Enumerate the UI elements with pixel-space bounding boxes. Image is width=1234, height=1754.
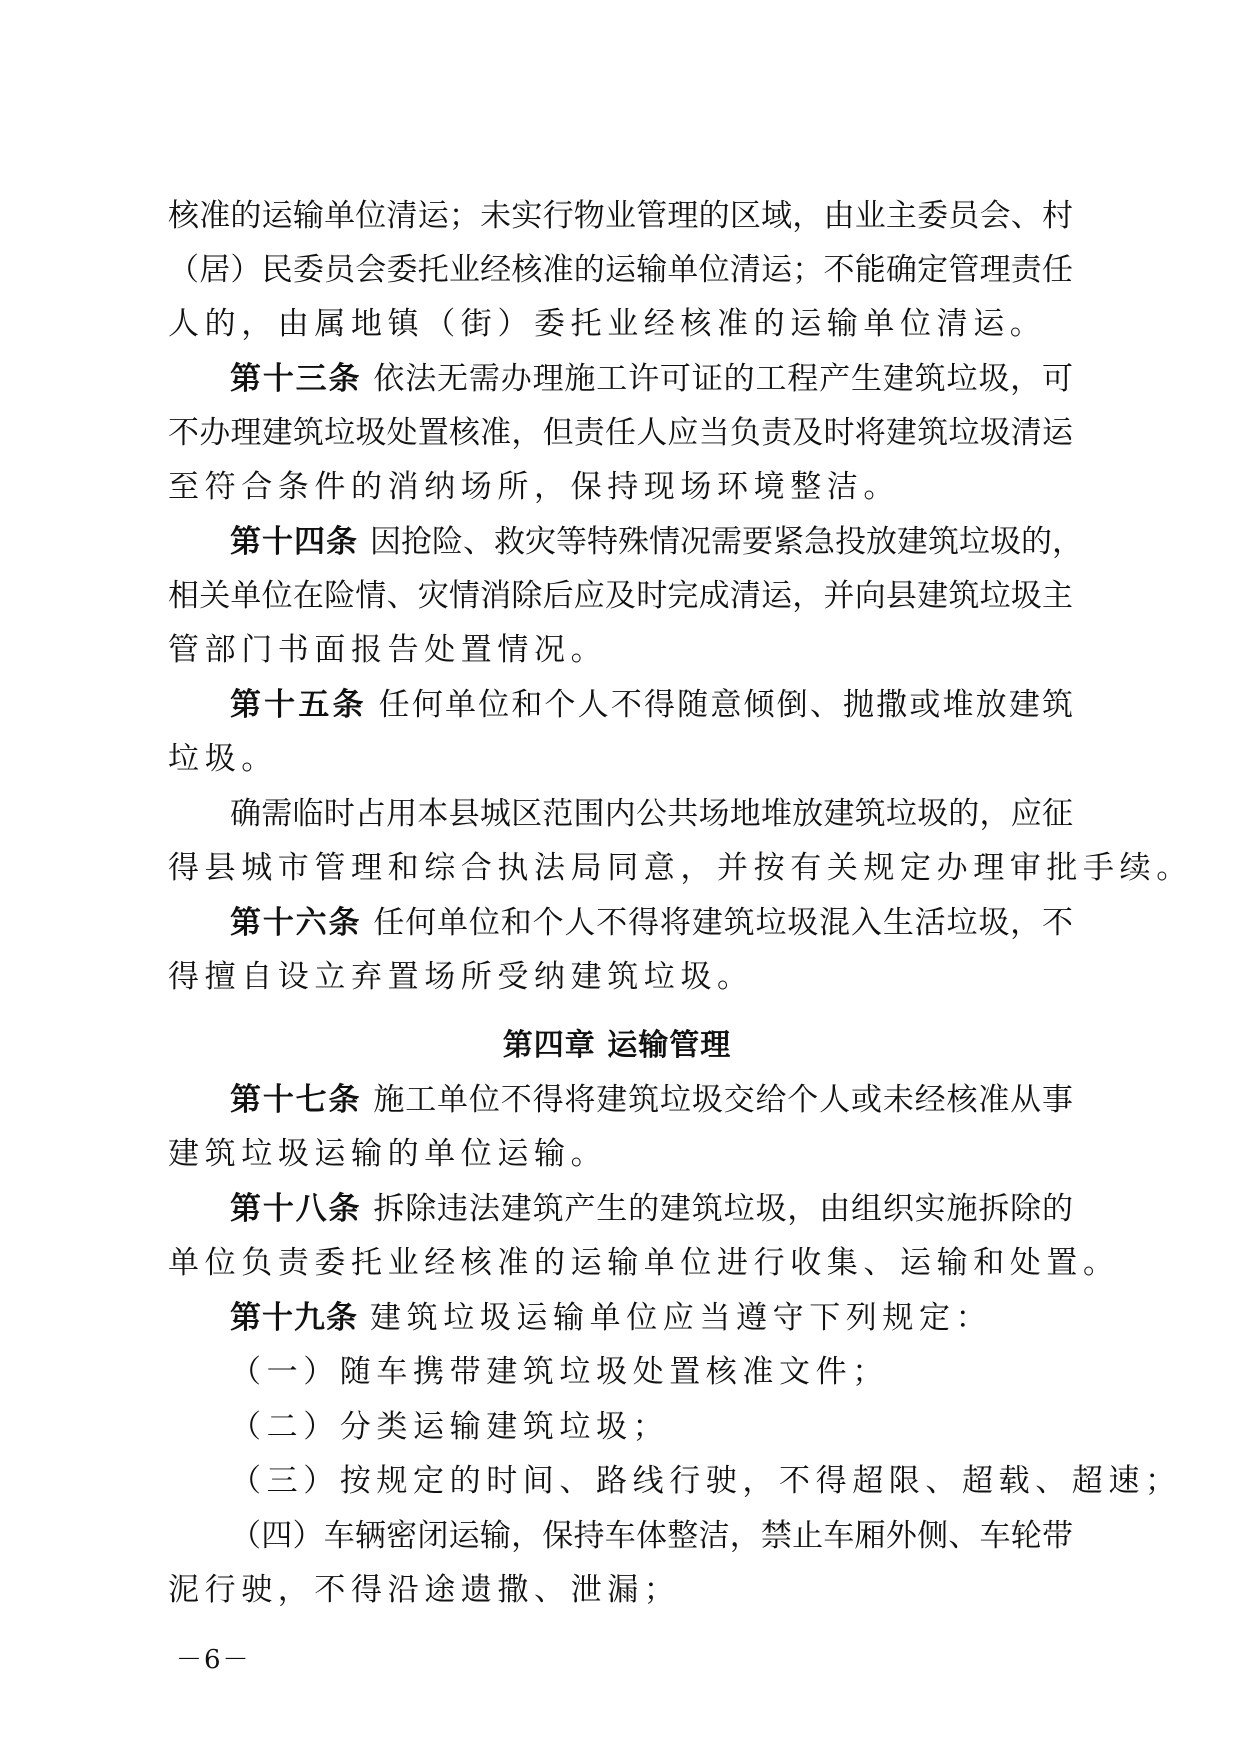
paragraph-line: 垃圾。 [168, 732, 1073, 786]
paragraph-line: 相关单位在险情、灾情消除后应及时完成清运，并向县建筑垃圾主 [168, 569, 1073, 623]
paragraph-line: （居）民委员会委托业经核准的运输单位清运；不能确定管理责任 [168, 243, 1073, 297]
line-text: 建筑垃圾运输的单位运输。 [168, 1136, 607, 1172]
paragraph-line: 得擅自设立弃置场所受纳建筑垃圾。 [168, 950, 1073, 1004]
line-text: 相关单位在险情、灾情消除后应及时完成清运，并向县建筑垃圾主 [168, 578, 1073, 614]
paragraph-line: 不办理建筑垃圾处置核准，但责任人应当负责及时将建筑垃圾清运 [168, 406, 1073, 460]
line-text: 至符合条件的消纳场所，保持现场环境整洁。 [168, 469, 900, 505]
line-text: 得县城市管理和综合执法局同意，并按有关规定办理审批手续。 [168, 850, 1193, 886]
page-number: －6－ [176, 1644, 251, 1676]
line-text: 建筑垃圾运输单位应当遵守下列规定： [370, 1300, 992, 1336]
line-text: （二）分类运输建筑垃圾； [230, 1409, 669, 1445]
line-text: （三）按规定的时间、路线行驶，不得超限、超载、超速； [230, 1463, 1182, 1499]
article-19-first-line: 第十九条建筑垃圾运输单位应当遵守下列规定： [230, 1291, 1073, 1345]
paragraph-line: 单位负责委托业经核准的运输单位进行收集、运输和处置。 [168, 1236, 1073, 1290]
line-text: （一）随车携带建筑垃圾处置核准文件； [230, 1354, 889, 1390]
line-text: （居）民委员会委托业经核准的运输单位清运；不能确定管理责任 [168, 252, 1073, 288]
article-15-first-line: 第十五条任何单位和个人不得随意倾倒、抛撒或堆放建筑 [230, 678, 1073, 732]
paragraph-line: 泥行驶，不得沿途遗撒、泄漏； [168, 1563, 1073, 1617]
article-number: 第十三条 [230, 361, 361, 397]
article-16-first-line: 第十六条任何单位和个人不得将建筑垃圾混入生活垃圾，不 [230, 896, 1073, 950]
line-text: 管部门书面报告处置情况。 [168, 632, 607, 668]
line-text: 任何单位和个人不得将建筑垃圾混入生活垃圾，不 [373, 905, 1073, 941]
paragraph-line: 确需临时占用本县城区范围内公共场地堆放建筑垃圾的，应征 [230, 787, 1073, 841]
line-text: 拆除违法建筑产生的建筑垃圾，由组织实施拆除的 [373, 1191, 1073, 1227]
paragraph-line: 建筑垃圾运输的单位运输。 [168, 1127, 1073, 1181]
article-13-first-line: 第十三条依法无需办理施工许可证的工程产生建筑垃圾，可 [230, 352, 1073, 406]
list-item: （二）分类运输建筑垃圾； [230, 1400, 1073, 1454]
paragraph-line: 至符合条件的消纳场所，保持现场环境整洁。 [168, 460, 1073, 514]
article-number: 第十九条 [230, 1300, 358, 1336]
article-number: 第十六条 [230, 905, 361, 941]
article-14-first-line: 第十四条因抢险、救灾等特殊情况需要紧急投放建筑垃圾的， [230, 515, 1073, 569]
list-item: （三）按规定的时间、路线行驶，不得超限、超载、超速； [230, 1454, 1073, 1508]
line-text: 依法无需办理施工许可证的工程产生建筑垃圾，可 [373, 361, 1073, 397]
line-text: 泥行驶，不得沿途遗撒、泄漏； [168, 1572, 680, 1608]
article-17-first-line: 第十七条施工单位不得将建筑垃圾交给个人或未经核准从事 [230, 1073, 1073, 1127]
line-text: 因抢险、救灾等特殊情况需要紧急投放建筑垃圾的， [370, 524, 1083, 560]
line-text: 施工单位不得将建筑垃圾交给个人或未经核准从事 [373, 1082, 1073, 1118]
article-number: 第十七条 [230, 1082, 361, 1118]
document-page: 核准的运输单位清运；未实行物业管理的区域，由业主委员会、村 （居）民委员会委托业… [0, 0, 1234, 1754]
line-text: 单位负责委托业经核准的运输单位进行收集、运输和处置。 [168, 1245, 1120, 1281]
article-number: 第十五条 [230, 687, 367, 723]
line-text: 确需临时占用本县城区范围内公共场地堆放建筑垃圾的，应征 [230, 796, 1073, 832]
line-text: 不办理建筑垃圾处置核准，但责任人应当负责及时将建筑垃圾清运 [168, 415, 1073, 451]
line-text: 核准的运输单位清运；未实行物业管理的区域，由业主委员会、村 [168, 198, 1073, 234]
paragraph-line: 核准的运输单位清运；未实行物业管理的区域，由业主委员会、村 [168, 189, 1073, 243]
article-number: 第十八条 [230, 1191, 361, 1227]
line-text: 得擅自设立弃置场所受纳建筑垃圾。 [168, 959, 754, 995]
chapter-heading: 第四章 运输管理 [0, 1019, 1234, 1073]
list-item: （四）车辆密闭运输，保持车体整洁，禁止车厢外侧、车轮带 [230, 1509, 1073, 1563]
article-18-first-line: 第十八条拆除违法建筑产生的建筑垃圾，由组织实施拆除的 [230, 1182, 1073, 1236]
paragraph-line: 管部门书面报告处置情况。 [168, 623, 1073, 677]
list-item: （一）随车携带建筑垃圾处置核准文件； [230, 1345, 1073, 1399]
line-text: （四）车辆密闭运输，保持车体整洁，禁止车厢外侧、车轮带 [230, 1518, 1073, 1554]
line-text: 垃圾。 [168, 741, 278, 777]
line-text: 任何单位和个人不得随意倾倒、抛撒或堆放建筑 [379, 687, 1073, 723]
paragraph-line: 人的，由属地镇（街）委托业经核准的运输单位清运。 [168, 297, 1073, 351]
line-text: 人的，由属地镇（街）委托业经核准的运输单位清运。 [168, 306, 1046, 342]
paragraph-line: 得县城市管理和综合执法局同意，并按有关规定办理审批手续。 [168, 841, 1073, 895]
article-number: 第十四条 [230, 524, 358, 560]
